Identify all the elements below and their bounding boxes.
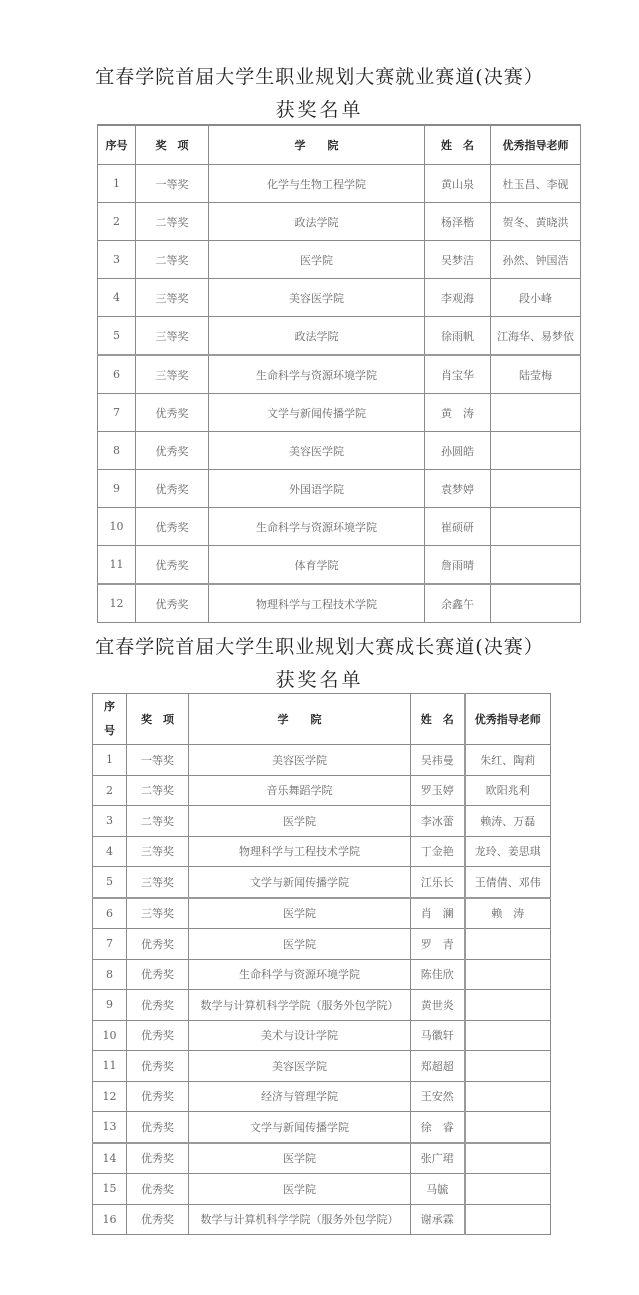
cell-no: 9 [98, 470, 136, 508]
table-row: 3二等奖医学院吴梦洁孙然、钟国浩 [98, 241, 581, 279]
cell-college: 化学与生物工程学院 [209, 165, 425, 203]
cell-award: 二等奖 [136, 241, 209, 279]
cell-award: 三等奖 [127, 898, 189, 929]
table-row: 6三等奖医学院肖 澜赖 涛 [93, 898, 551, 929]
cell-name: 王安然 [411, 1081, 465, 1112]
table-row: 12优秀奖经济与管理学院王安然 [93, 1081, 551, 1112]
cell-award: 优秀奖 [127, 929, 189, 960]
cell-award: 三等奖 [136, 317, 209, 356]
cell-college: 医学院 [209, 241, 425, 279]
table-row: 4三等奖美容医学院李观海段小峰 [98, 279, 581, 317]
cell-advisor [491, 394, 581, 432]
cell-college: 医学院 [189, 1143, 411, 1174]
cell-award: 优秀奖 [127, 1112, 189, 1143]
cell-no: 1 [93, 745, 127, 776]
cell-award: 优秀奖 [136, 432, 209, 470]
cell-advisor [465, 1174, 551, 1205]
cell-award: 二等奖 [136, 203, 209, 241]
cell-college: 生命科学与资源环境学院 [209, 508, 425, 546]
table-row: 2二等奖音乐舞蹈学院罗玉婷欧阳兆利 [93, 775, 551, 806]
cell-advisor: 龙玲、姜思琪 [465, 836, 551, 867]
cell-college: 美术与设计学院 [189, 1020, 411, 1051]
cell-no: 4 [98, 279, 136, 317]
cell-no: 8 [98, 432, 136, 470]
cell-name: 江乐长 [411, 867, 465, 898]
cell-advisor: 赖涛、万磊 [465, 806, 551, 837]
cell-college: 生命科学与资源环境学院 [189, 959, 411, 990]
header-college: 学 院 [189, 694, 411, 745]
cell-no: 12 [93, 1081, 127, 1112]
cell-college: 医学院 [189, 806, 411, 837]
table-row: 11优秀奖美容医学院郑超超 [93, 1051, 551, 1082]
cell-advisor [491, 432, 581, 470]
cell-college: 政法学院 [209, 317, 425, 356]
header-award: 奖 项 [127, 694, 189, 745]
cell-no: 7 [98, 394, 136, 432]
cell-no: 9 [93, 990, 127, 1021]
table-row: 7优秀奖文学与新闻传播学院黄 涛 [98, 394, 581, 432]
cell-name: 谢承霖 [411, 1204, 465, 1235]
cell-advisor [465, 1051, 551, 1082]
cell-no: 10 [98, 508, 136, 546]
header-advisor: 优秀指导老师 [491, 125, 581, 165]
cell-award: 优秀奖 [127, 959, 189, 990]
cell-name: 崔硕研 [425, 508, 491, 546]
table-row: 4三等奖物理科学与工程技术学院丁金艳龙玲、姜思琪 [93, 836, 551, 867]
cell-advisor: 杜玉昌、李砚 [491, 165, 581, 203]
cell-college: 美容医学院 [209, 432, 425, 470]
table-row: 10优秀奖生命科学与资源环境学院崔硕研 [98, 508, 581, 546]
cell-name: 黄世炎 [411, 990, 465, 1021]
cell-advisor: 段小峰 [491, 279, 581, 317]
header-no: 序号 [98, 125, 136, 165]
cell-name: 李观海 [425, 279, 491, 317]
cell-advisor: 欧阳兆利 [465, 775, 551, 806]
cell-college: 体育学院 [209, 546, 425, 585]
cell-advisor [465, 959, 551, 990]
cell-no: 4 [93, 836, 127, 867]
cell-award: 优秀奖 [127, 1204, 189, 1235]
cell-no: 15 [93, 1174, 127, 1205]
table-row: 16优秀奖数学与计算机科学学院（服务外包学院）谢承霖 [93, 1204, 551, 1235]
cell-no: 12 [98, 584, 136, 623]
cell-name: 黄山泉 [425, 165, 491, 203]
cell-name: 袁梦婷 [425, 470, 491, 508]
cell-advisor: 孙然、钟国浩 [491, 241, 581, 279]
cell-no: 1 [98, 165, 136, 203]
cell-award: 优秀奖 [127, 1051, 189, 1082]
cell-advisor [465, 1020, 551, 1051]
cell-advisor: 王倩倩、邓伟 [465, 867, 551, 898]
cell-no: 10 [93, 1020, 127, 1051]
cell-award: 一等奖 [136, 165, 209, 203]
cell-name: 肖宝华 [425, 355, 491, 394]
header-no: 序号 [93, 694, 127, 745]
cell-advisor [465, 1143, 551, 1174]
cell-advisor [491, 584, 581, 623]
cell-name: 孙圆皓 [425, 432, 491, 470]
cell-college: 美容医学院 [189, 1051, 411, 1082]
cell-name: 马毓 [411, 1174, 465, 1205]
table-row: 8优秀奖美容医学院孙圆皓 [98, 432, 581, 470]
table-row: 13优秀奖文学与新闻传播学院徐 睿 [93, 1112, 551, 1143]
cell-advisor: 陆莹梅 [491, 355, 581, 394]
cell-college: 生命科学与资源环境学院 [209, 355, 425, 394]
cell-name: 罗玉婷 [411, 775, 465, 806]
cell-college: 数学与计算机科学学院（服务外包学院） [189, 1204, 411, 1235]
cell-college: 医学院 [189, 929, 411, 960]
cell-name: 黄 涛 [425, 394, 491, 432]
table-row: 2二等奖政法学院杨泽楷贺冬、黄晓洪 [98, 203, 581, 241]
cell-name: 马徽轩 [411, 1020, 465, 1051]
cell-award: 优秀奖 [136, 394, 209, 432]
growth-track-table: 序号 奖 项 学 院 姓 名 优秀指导老师 1一等奖美容医学院吴祎曼朱红、陶莉2… [92, 693, 551, 1235]
cell-name: 罗 青 [411, 929, 465, 960]
cell-no: 6 [98, 355, 136, 394]
section2-subtitle: 获奖名单 [0, 665, 639, 692]
cell-advisor [491, 508, 581, 546]
cell-no: 2 [93, 775, 127, 806]
cell-name: 杨泽楷 [425, 203, 491, 241]
table-row: 7优秀奖医学院罗 青 [93, 929, 551, 960]
cell-name: 陈佳欣 [411, 959, 465, 990]
cell-no: 3 [93, 806, 127, 837]
cell-advisor: 江海华、易梦依 [491, 317, 581, 356]
cell-name: 詹雨晴 [425, 546, 491, 585]
cell-advisor [465, 1204, 551, 1235]
cell-award: 优秀奖 [127, 1174, 189, 1205]
cell-college: 物理科学与工程技术学院 [189, 836, 411, 867]
cell-award: 二等奖 [127, 775, 189, 806]
cell-award: 优秀奖 [127, 1143, 189, 1174]
table-row: 15优秀奖医学院马毓 [93, 1174, 551, 1205]
cell-advisor [465, 990, 551, 1021]
table-row: 14优秀奖医学院张广珺 [93, 1143, 551, 1174]
table-row: 8优秀奖生命科学与资源环境学院陈佳欣 [93, 959, 551, 990]
cell-award: 优秀奖 [127, 990, 189, 1021]
cell-no: 5 [98, 317, 136, 356]
cell-college: 文学与新闻传播学院 [189, 1112, 411, 1143]
cell-college: 文学与新闻传播学院 [189, 867, 411, 898]
cell-college: 音乐舞蹈学院 [189, 775, 411, 806]
cell-college: 美容医学院 [209, 279, 425, 317]
cell-name: 余鑫午 [425, 584, 491, 623]
table-row: 1一等奖化学与生物工程学院黄山泉杜玉昌、李砚 [98, 165, 581, 203]
cell-advisor [465, 929, 551, 960]
cell-award: 优秀奖 [136, 546, 209, 585]
table-row: 5三等奖文学与新闻传播学院江乐长王倩倩、邓伟 [93, 867, 551, 898]
cell-advisor: 赖 涛 [465, 898, 551, 929]
cell-advisor: 贺冬、黄晓洪 [491, 203, 581, 241]
cell-college: 医学院 [189, 898, 411, 929]
employment-track-table: 序号 奖 项 学 院 姓 名 优秀指导老师 1一等奖化学与生物工程学院黄山泉杜玉… [97, 124, 581, 623]
table-header-row: 序号 奖 项 学 院 姓 名 优秀指导老师 [98, 125, 581, 165]
cell-no: 6 [93, 898, 127, 929]
cell-college: 经济与管理学院 [189, 1081, 411, 1112]
cell-name: 吴梦洁 [425, 241, 491, 279]
cell-award: 优秀奖 [136, 508, 209, 546]
cell-advisor [491, 470, 581, 508]
cell-award: 三等奖 [127, 867, 189, 898]
cell-name: 丁金艳 [411, 836, 465, 867]
cell-name: 徐雨帆 [425, 317, 491, 356]
header-name: 姓 名 [425, 125, 491, 165]
table-row: 12优秀奖物理科学与工程技术学院余鑫午 [98, 584, 581, 623]
cell-college: 数学与计算机科学学院（服务外包学院） [189, 990, 411, 1021]
cell-award: 优秀奖 [136, 470, 209, 508]
cell-no: 11 [98, 546, 136, 585]
section1-title: 宜春学院首届大学生职业规划大赛就业赛道(决赛） [0, 62, 639, 89]
cell-name: 张广珺 [411, 1143, 465, 1174]
cell-advisor [465, 1112, 551, 1143]
cell-name: 吴祎曼 [411, 745, 465, 776]
table-row: 11优秀奖体育学院詹雨晴 [98, 546, 581, 585]
cell-college: 美容医学院 [189, 745, 411, 776]
table-row: 3二等奖医学院李冰蕾赖涛、万磊 [93, 806, 551, 837]
header-advisor: 优秀指导老师 [465, 694, 551, 745]
cell-no: 11 [93, 1051, 127, 1082]
cell-award: 二等奖 [127, 806, 189, 837]
cell-advisor [465, 1081, 551, 1112]
cell-no: 3 [98, 241, 136, 279]
cell-college: 政法学院 [209, 203, 425, 241]
cell-award: 三等奖 [127, 836, 189, 867]
header-award: 奖 项 [136, 125, 209, 165]
cell-college: 文学与新闻传播学院 [209, 394, 425, 432]
cell-award: 优秀奖 [136, 584, 209, 623]
cell-name: 李冰蕾 [411, 806, 465, 837]
header-college: 学 院 [209, 125, 425, 165]
cell-name: 徐 睿 [411, 1112, 465, 1143]
cell-no: 16 [93, 1204, 127, 1235]
table-header-row: 序号 奖 项 学 院 姓 名 优秀指导老师 [93, 694, 551, 745]
cell-award: 三等奖 [136, 355, 209, 394]
cell-college: 物理科学与工程技术学院 [209, 584, 425, 623]
table-row: 6三等奖生命科学与资源环境学院肖宝华陆莹梅 [98, 355, 581, 394]
header-name: 姓 名 [411, 694, 465, 745]
table-row: 9优秀奖数学与计算机科学学院（服务外包学院）黄世炎 [93, 990, 551, 1021]
cell-name: 郑超超 [411, 1051, 465, 1082]
cell-award: 优秀奖 [127, 1020, 189, 1051]
cell-no: 5 [93, 867, 127, 898]
section2-title: 宜春学院首届大学生职业规划大赛成长赛道(决赛） [0, 632, 639, 659]
cell-no: 13 [93, 1112, 127, 1143]
section1-subtitle: 获奖名单 [0, 95, 639, 122]
cell-award: 三等奖 [136, 279, 209, 317]
cell-advisor: 朱红、陶莉 [465, 745, 551, 776]
cell-no: 2 [98, 203, 136, 241]
cell-advisor [491, 546, 581, 585]
table-row: 1一等奖美容医学院吴祎曼朱红、陶莉 [93, 745, 551, 776]
cell-no: 14 [93, 1143, 127, 1174]
cell-no: 7 [93, 929, 127, 960]
cell-college: 医学院 [189, 1174, 411, 1205]
table-row: 9优秀奖外国语学院袁梦婷 [98, 470, 581, 508]
cell-award: 优秀奖 [127, 1081, 189, 1112]
cell-college: 外国语学院 [209, 470, 425, 508]
cell-no: 8 [93, 959, 127, 990]
table-row: 10优秀奖美术与设计学院马徽轩 [93, 1020, 551, 1051]
cell-award: 一等奖 [127, 745, 189, 776]
cell-name: 肖 澜 [411, 898, 465, 929]
table-row: 5三等奖政法学院徐雨帆江海华、易梦依 [98, 317, 581, 356]
